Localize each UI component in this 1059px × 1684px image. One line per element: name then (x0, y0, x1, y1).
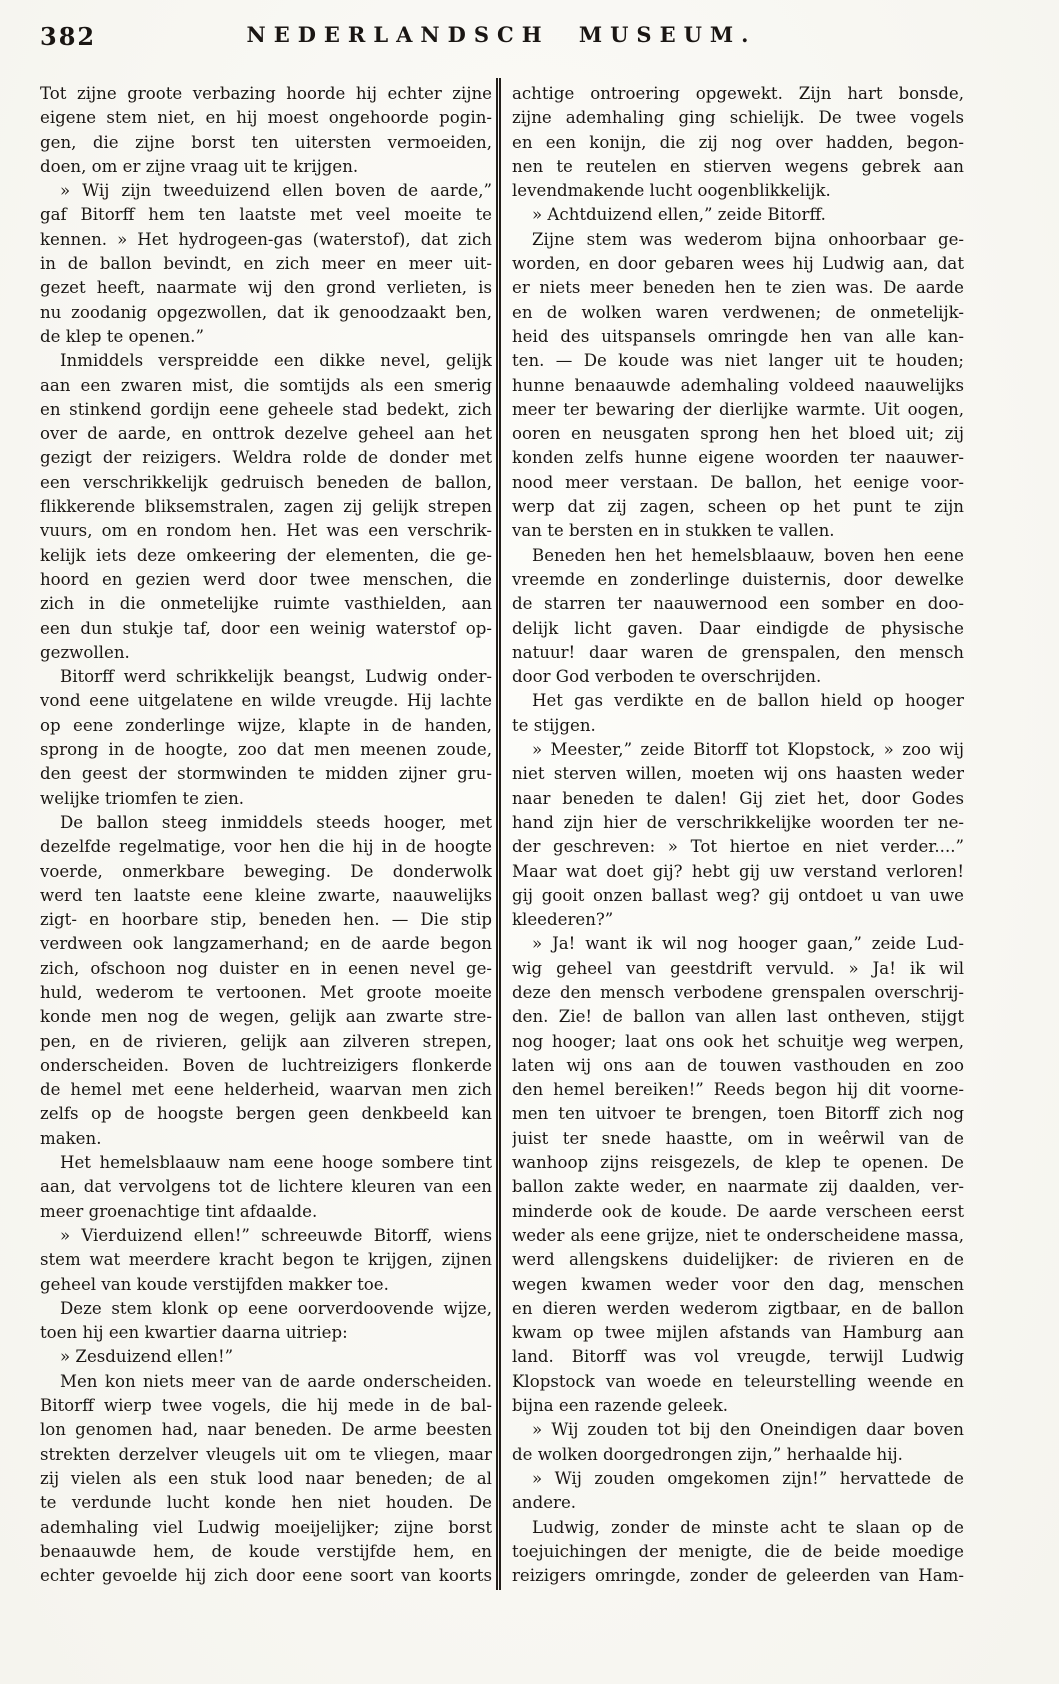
text-line: meer ter bewaring der dierlijke warmte. … (512, 398, 964, 422)
text-line: Ludwig, zonder de minste acht te slaan o… (512, 1516, 964, 1540)
right-column: achtige ontroering opgewekt. Zijn hart b… (512, 82, 964, 1588)
text-line: welijke triomfen te zien. (40, 787, 492, 811)
text-line: en de wolken waren verdwenen; de onmetel… (512, 301, 964, 325)
text-line: dezelfde regelmatige, voor hen die hij i… (40, 835, 492, 859)
text-line: kleederen?” (512, 908, 964, 932)
text-line: der geschreven: » Tot hiertoe en niet ve… (512, 835, 964, 859)
text-line: Tot zijne groote verbazing hoorde hij ec… (40, 82, 492, 106)
text-line: echter gevoelde hij zich door eene soort… (40, 1564, 492, 1588)
text-line: zelfs op de hoogste bergen geen denkbeel… (40, 1102, 492, 1126)
text-line: deze den mensch verbodene grenspalen ove… (512, 981, 964, 1005)
text-line: ademhaling viel Ludwig moeijelijker; zij… (40, 1516, 492, 1540)
text-line: Bitorff wierp twee vogels, die hij mede … (40, 1394, 492, 1418)
text-line: nood meer verstaan. De ballon, het eenig… (512, 471, 964, 495)
text-line: Het gas verdikte en de ballon hield op h… (512, 689, 964, 713)
text-line: hunne benaauwde ademhaling voldeed naauw… (512, 374, 964, 398)
text-line: heid des uitspansels omringde hen van al… (512, 325, 964, 349)
text-line: konden zelfs hunne eigene woorden ter na… (512, 446, 964, 470)
text-line: een dun stukje taf, door een weinig wate… (40, 617, 492, 641)
text-line: achtige ontroering opgewekt. Zijn hart b… (512, 82, 964, 106)
text-line: ballon zakte weder, en naarmate zij daal… (512, 1175, 964, 1199)
text-line: » Wij zouden tot bij den Oneindigen daar… (512, 1418, 964, 1442)
text-line: den geest der stormwinden te midden zijn… (40, 762, 492, 786)
text-line: maken. (40, 1127, 492, 1151)
text-line: wegen kwamen weder voor den dag, mensche… (512, 1273, 964, 1297)
text-line: andere. (512, 1491, 964, 1515)
text-line: natuur! daar waren de grenspalen, den me… (512, 641, 964, 665)
text-line: naar beneden te dalen! Gij ziet het, doo… (512, 787, 964, 811)
text-line: toejuichingen der menigte, die de beide … (512, 1540, 964, 1564)
text-line: eigene stem niet, en hij moest ongehoord… (40, 106, 492, 130)
text-line: kelijk iets deze omkeering der elementen… (40, 544, 492, 568)
text-line: hand zijn hier de verschrikkelijke woord… (512, 811, 964, 835)
text-line: levendmakende lucht oogenblikkelijk. (512, 179, 964, 203)
text-line: » Zesduizend ellen!” (40, 1345, 492, 1369)
left-column: Tot zijne groote verbazing hoorde hij ec… (40, 82, 492, 1588)
text-line: en stinkend gordijn eene geheele stad be… (40, 398, 492, 422)
text-line: Maar wat doet gij? hebt gij uw verstand … (512, 860, 964, 884)
text-line: de klep te openen.” (40, 325, 492, 349)
text-line: van te bersten en in stukken te vallen. (512, 519, 964, 543)
text-line: minderde ook de koude. De aarde verschee… (512, 1200, 964, 1224)
text-line: er niets meer beneden hen te zien was. D… (512, 276, 964, 300)
text-line: wig geheel van geestdrift vervuld. » Ja!… (512, 957, 964, 981)
text-line: Het hemelsblaauw nam eene hooge sombere … (40, 1151, 492, 1175)
column-divider-rule (496, 78, 501, 1590)
text-line: werd ten laatste eene kleine zwarte, naa… (40, 884, 492, 908)
text-line: konde men nog de wegen, gelijk aan zwart… (40, 1005, 492, 1029)
text-line: op eene zonderlinge wijze, klapte in de … (40, 714, 492, 738)
text-line: » Ja! want ik wil nog hooger gaan,” zeid… (512, 932, 964, 956)
text-line: ooren en neusgaten sprong hen het bloed … (512, 422, 964, 446)
text-line: zich, ofschoon nog duister en in eenen n… (40, 957, 492, 981)
text-line: door God verboden te overschrijden. (512, 665, 964, 689)
text-line: aan, dat vervolgens tot de lichtere kleu… (40, 1175, 492, 1199)
text-line: reizigers omringde, zonder de geleerden … (512, 1564, 964, 1588)
text-line: en een konijn, die zij nog over hadden, … (512, 131, 964, 155)
text-line: kennen. » Het hydrogeen-gas (waterstof),… (40, 228, 492, 252)
text-line: en dieren werden wederom zigtbaar, en de… (512, 1297, 964, 1321)
text-line: onderscheiden. Boven de luchtreizigers f… (40, 1054, 492, 1078)
text-line: te stijgen. (512, 714, 964, 738)
text-line: nen te reutelen en stierven wegens gebre… (512, 155, 964, 179)
text-line: zich in die onmetelijke ruimte vasthield… (40, 592, 492, 616)
text-line: gen, die zijne borst ten uitersten vermo… (40, 131, 492, 155)
text-line: werp dat zij zagen, scheen op het punt t… (512, 495, 964, 519)
text-line: in de ballon bevindt, en zich meer en me… (40, 252, 492, 276)
text-line: land. Bitorff was vol vreugde, terwijl L… (512, 1345, 964, 1369)
text-line: doen, om er zijne vraag uit te krijgen. (40, 155, 492, 179)
text-line: aan een zwaren mist, die somtijds als ee… (40, 374, 492, 398)
text-line: hoord en gezien werd door twee menschen,… (40, 568, 492, 592)
text-line: meer groenachtige tint afdaalde. (40, 1200, 492, 1224)
text-line: kwam op twee mijlen afstands van Hamburg… (512, 1321, 964, 1345)
text-line: weder als eene grijze, niet te ondersche… (512, 1224, 964, 1248)
text-line: Beneden hen het hemelsblaauw, boven hen … (512, 544, 964, 568)
text-line: de starren ter naauwernood een somber en… (512, 592, 964, 616)
text-line: bijna een razende geleek. (512, 1394, 964, 1418)
text-line: den hemel bereiken!” Reeds begon hij dit… (512, 1078, 964, 1102)
text-line: Deze stem klonk op eene oorverdoovende w… (40, 1297, 492, 1321)
text-line: zij vielen als een stuk lood naar benede… (40, 1467, 492, 1491)
text-line: een verschrikkelijk gedruisch beneden de… (40, 471, 492, 495)
text-line: niet sterven willen, moeten wij ons haas… (512, 762, 964, 786)
text-line: Men kon niets meer van de aarde ondersch… (40, 1370, 492, 1394)
text-line: Bitorff werd schrikkelijk beangst, Ludwi… (40, 665, 492, 689)
text-line: verdween ook langzamerhand; en de aarde … (40, 932, 492, 956)
text-line: gezigt der reizigers. Weldra rolde de do… (40, 446, 492, 470)
text-line: huld, wederom te vertoonen. Met groote m… (40, 981, 492, 1005)
text-line: Inmiddels verspreidde een dikke nevel, g… (40, 349, 492, 373)
text-line: vreemde en zonderlinge duisternis, door … (512, 568, 964, 592)
text-line: De ballon steeg inmiddels steeds hooger,… (40, 811, 492, 835)
text-line: worden, en door gebaren wees hij Ludwig … (512, 252, 964, 276)
text-line: zijne ademhaling ging schielijk. De twee… (512, 106, 964, 130)
text-line: te verdunde lucht konde hen niet houden.… (40, 1491, 492, 1515)
text-line: gaf Bitorff hem ten laatste met veel moe… (40, 203, 492, 227)
text-line: Zijne stem was wederom bijna onhoorbaar … (512, 228, 964, 252)
text-line: men ten uitvoer te brengen, toen Bitorff… (512, 1102, 964, 1126)
running-head: 382 NEDERLANDSCH MUSEUM. (40, 20, 963, 54)
text-line: gezet heeft, naarmate wij den grond verl… (40, 276, 492, 300)
text-line: » Wij zouden omgekomen zijn!” hervattede… (512, 1467, 964, 1491)
text-line: toen hij een kwartier daarna uitriep: (40, 1321, 492, 1345)
text-line: nog hooger; laat ons ook het schuitje we… (512, 1030, 964, 1054)
text-line: sprong in de hoogte, zoo dat men meenen … (40, 738, 492, 762)
text-line: zigt- en hoorbare stip, beneden hen. — D… (40, 908, 492, 932)
text-line: benaauwde hem, de koude verstijfde hem, … (40, 1540, 492, 1564)
text-line: werd allengskens duidelijker: de riviere… (512, 1248, 964, 1272)
text-line: » Vierduizend ellen!” schreeuwde Bitorff… (40, 1224, 492, 1248)
text-line: » Achtduizend ellen,” zeide Bitorff. (512, 203, 964, 227)
page-title: NEDERLANDSCH MUSEUM. (40, 22, 963, 47)
text-line: ten. — De koude was niet langer uit te h… (512, 349, 964, 373)
text-line: gij gooit onzen ballast weg? gij ontdoet… (512, 884, 964, 908)
text-line: geheel van koude verstijfden makker toe. (40, 1273, 492, 1297)
text-line: de wolken doorgedrongen zijn,” herhaalde… (512, 1443, 964, 1467)
text-line: vuurs, om en rondom hen. Het was een ver… (40, 519, 492, 543)
text-line: pen, en de rivieren, gelijk aan zilveren… (40, 1030, 492, 1054)
text-line: strekten derzelver vleugels uit om te vl… (40, 1443, 492, 1467)
text-line: den. Zie! de ballon van allen last onthe… (512, 1005, 964, 1029)
text-line: gezwollen. (40, 641, 492, 665)
text-line: voerde, onmerkbare beweging. De donderwo… (40, 860, 492, 884)
scanned-book-page: 382 NEDERLANDSCH MUSEUM. Tot zijne groot… (0, 0, 1059, 1684)
text-line: over de aarde, en onttrok dezelve geheel… (40, 422, 492, 446)
text-line: » Wij zijn tweeduizend ellen boven de aa… (40, 179, 492, 203)
text-line: vond eene uitgelatene en wilde vreugde. … (40, 689, 492, 713)
text-line: stem wat meerdere kracht begon te krijge… (40, 1248, 492, 1272)
text-line: flikkerende bliksemstralen, zagen zij ge… (40, 495, 492, 519)
text-line: juist ter snede haastte, om in weêrwil v… (512, 1127, 964, 1151)
text-line: nu zoodanig opgezwollen, dat ik genoodza… (40, 301, 492, 325)
text-line: laten wij ons aan de touwen vasthouden e… (512, 1054, 964, 1078)
text-line: » Meester,” zeide Bitorff tot Klopstock,… (512, 738, 964, 762)
text-line: lon genomen had, naar beneden. De arme b… (40, 1418, 492, 1442)
text-line: Klopstock van woede en teleurstelling we… (512, 1370, 964, 1394)
text-line: de hemel met eene helderheid, waarvan me… (40, 1078, 492, 1102)
text-line: delijk licht gaven. Daar eindigde de phy… (512, 617, 964, 641)
text-line: wanhoop zijns reisgezels, de klep te ope… (512, 1151, 964, 1175)
